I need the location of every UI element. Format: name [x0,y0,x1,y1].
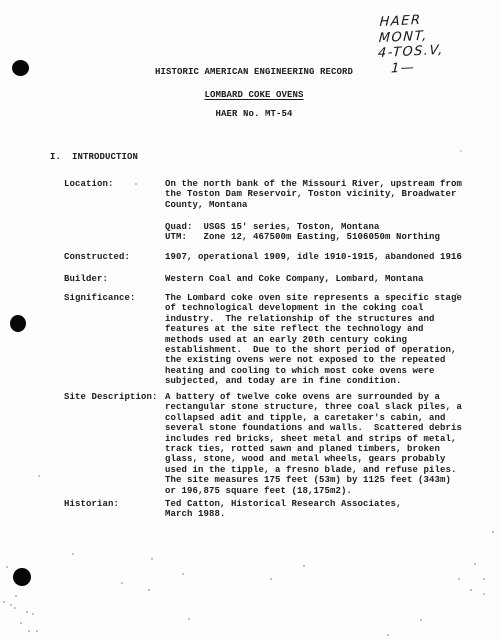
field-value-location: On the north bank of the Missouri River,… [165,179,465,210]
field-label-constructed: Constructed: [64,252,165,262]
field-row-location: Location: On the north bank of the Misso… [64,179,474,210]
scan-noise [0,0,2,2]
field-label-historian: Historian: [64,499,165,509]
field-row-builder: Builder: Western Coal and Coke Company, … [64,274,474,284]
field-value-significance: The Lombard coke oven site represents a … [165,293,465,387]
field-row-site-description: Site Description: A battery of twelve co… [64,392,474,496]
doc-header-agency: HISTORIC AMERICAN ENGINEERING RECORD [9,67,499,77]
field-row-significance: Significance: The Lombard coke oven site… [64,293,474,387]
field-row-historian: Historian: Ted Catton, Historical Resear… [64,499,474,520]
field-value-constructed: 1907, operational 1909, idle 1910-1915, … [165,252,465,262]
doc-title: LOMBARD COKE OVENS [9,90,499,100]
field-value-historian: Ted Catton, Historical Research Associat… [165,499,465,520]
punch-hole-dot [10,315,26,332]
punch-hole-dot [13,568,31,586]
field-value-builder: Western Coal and Coke Company, Lombard, … [165,274,465,284]
field-label-site-description: Site Description: [64,392,165,402]
field-label-location: Location: [64,179,165,189]
field-value-quad-utm: Quad: USGS 15' series, Toston, Montana U… [165,222,465,243]
field-row-quad-utm: Quad: USGS 15' series, Toston, Montana U… [64,222,474,243]
doc-title-text: LOMBARD COKE OVENS [204,90,303,100]
field-value-site-description: A battery of twelve coke ovens are surro… [165,392,465,496]
field-label-builder: Builder: [64,274,165,284]
field-row-constructed: Constructed: 1907, operational 1909, idl… [64,252,474,262]
field-label-significance: Significance: [64,293,165,303]
scanned-document-page: HAER MONT, 4-TOS.V, 1— HISTORIC AMERICAN… [0,0,499,640]
doc-record-number: HAER No. MT-54 [9,109,499,119]
section-heading-introduction: I. INTRODUCTION [50,152,138,162]
